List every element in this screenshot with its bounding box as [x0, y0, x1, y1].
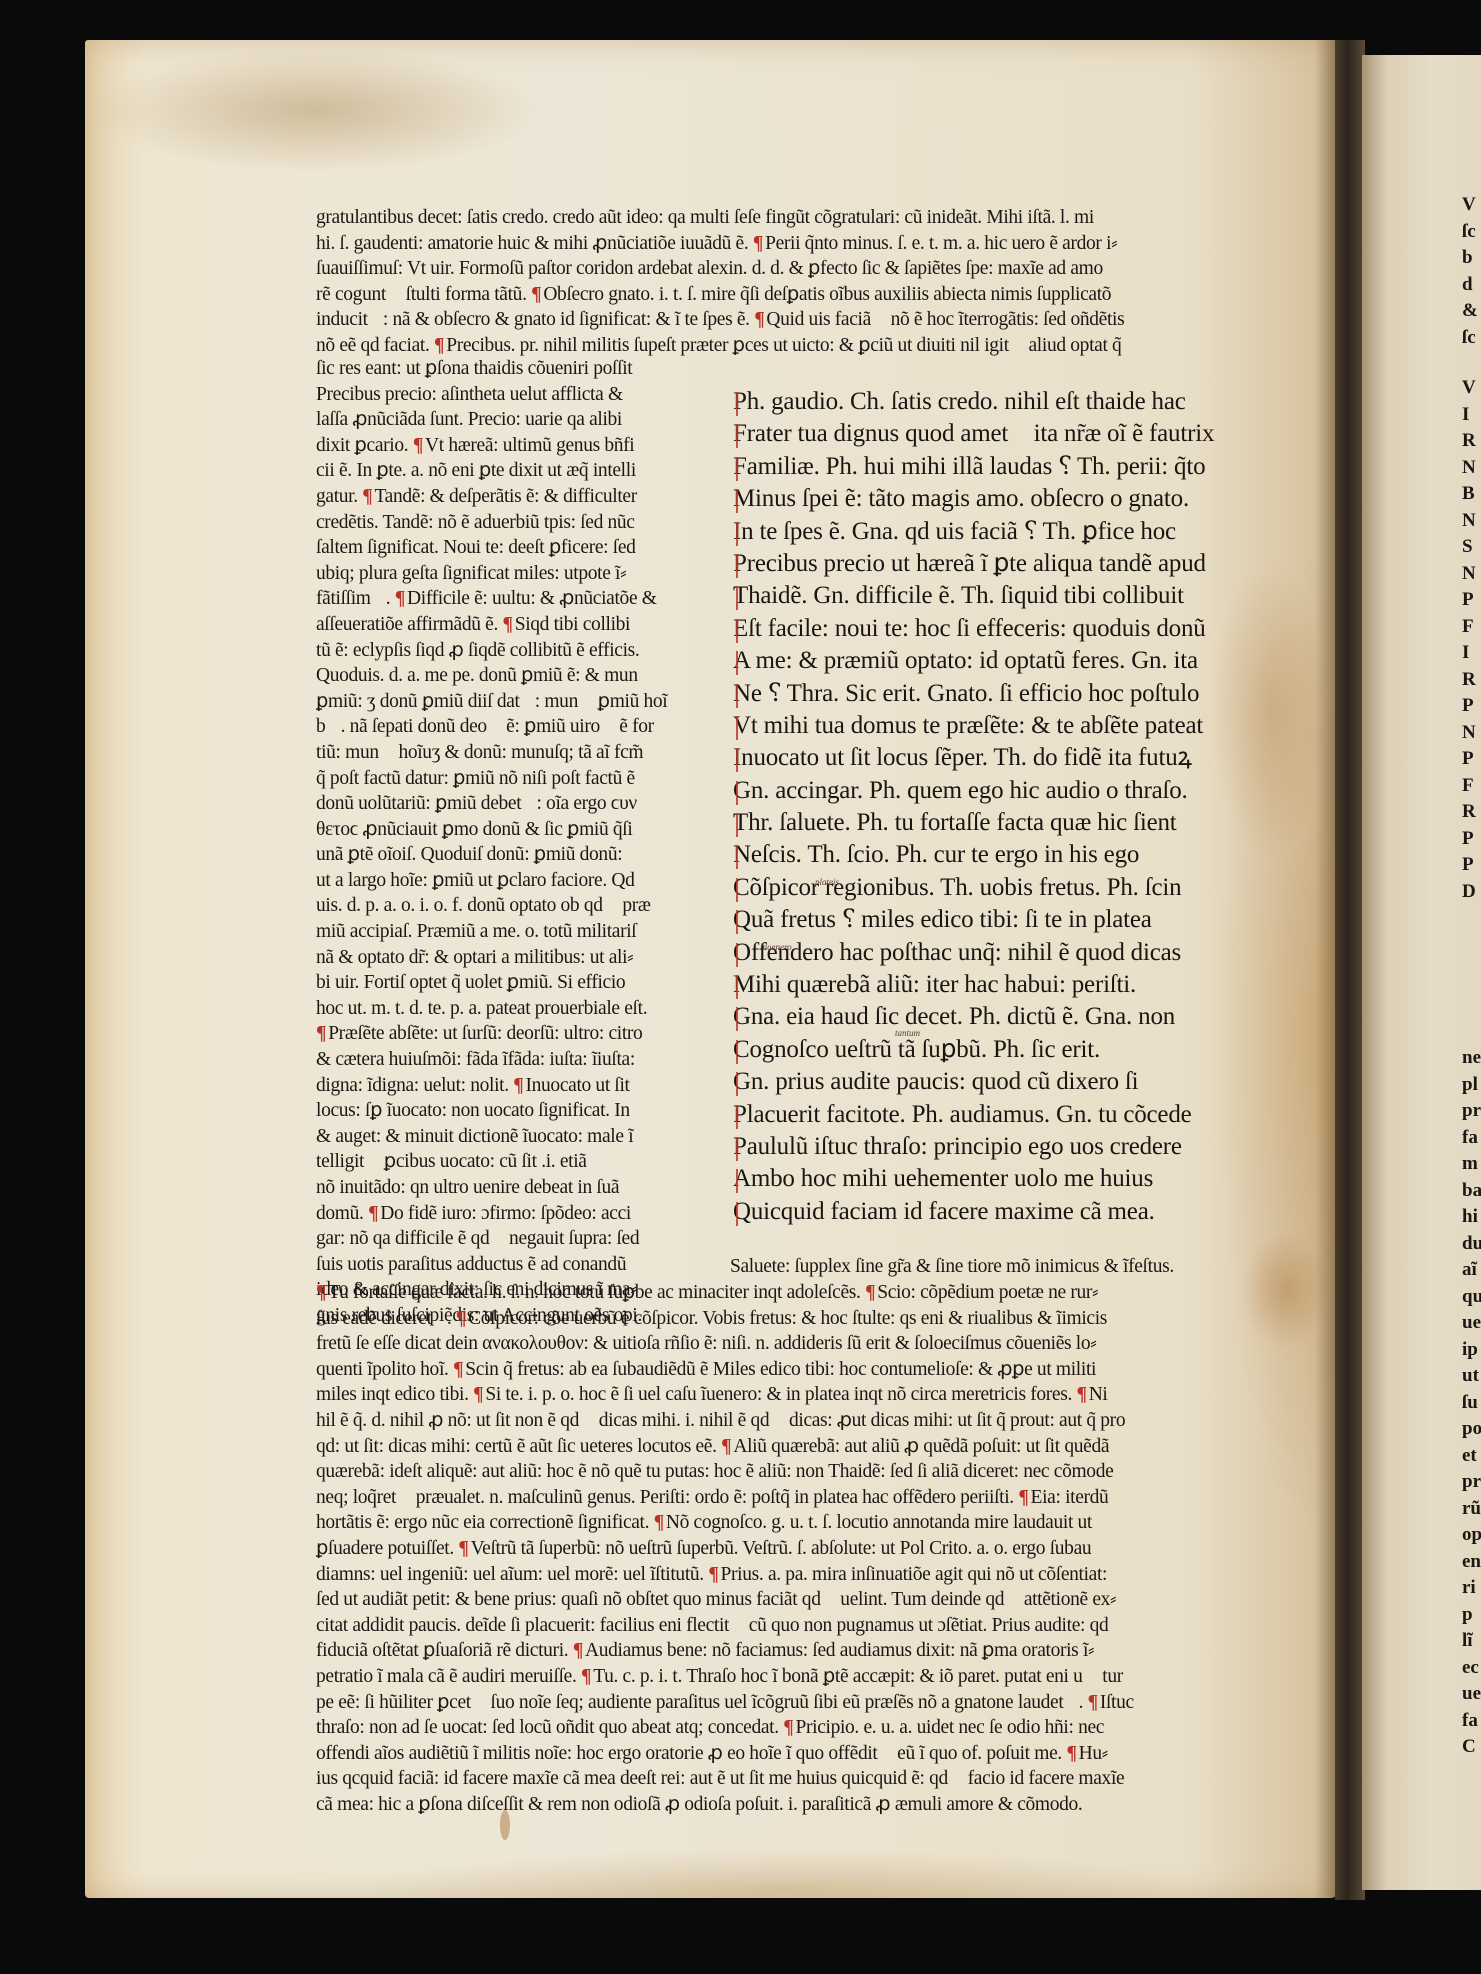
paragraph-mark-icon: ¶	[316, 1023, 326, 1044]
commentary-line: ſaltem ſignificat. Noui te: deeſt ꝑficer…	[316, 535, 667, 561]
fragment-line: N	[1462, 720, 1481, 747]
verse-text: eſcis. Th. ſcio. Ph. cur te ergo in his …	[751, 841, 1139, 868]
fragment-line: R	[1462, 667, 1481, 694]
right-page-initials-fragment: VIRNBNSNPFIRPNPFRPPD	[1462, 375, 1481, 905]
commentary-line: ꝑſuadere potuiſſet. ¶Veſtrũ tã ſuperbũ: …	[316, 1536, 1134, 1562]
commentary-line: & auget: & minuit dictionẽ ĩuocato: male…	[316, 1124, 667, 1150]
fragment-line: ſc	[1462, 219, 1481, 246]
commentary-line: inducitᷣ: nã & obſecro & gnato id ſignif…	[316, 307, 1124, 333]
paragraph-mark-icon: ¶	[1077, 1384, 1087, 1405]
verse-line: Paululũ iſtuc thraſo: principio ego uos …	[733, 1131, 1214, 1163]
fragment-line: pr	[1462, 1469, 1481, 1496]
rubricated-initial: G	[733, 1003, 751, 1030]
fragment-line: hi	[1462, 1204, 1481, 1231]
commentary-line: ſus eadẽ diceretᷣ. ¶Cõſpicor: cõe uerbũ …	[316, 1306, 1134, 1332]
rubricated-initial: T	[733, 809, 748, 836]
paragraph-mark-icon: ¶	[1018, 1487, 1028, 1508]
commentary-line: & cætera huiuſmõi: fãda ĩfãda: iuſta: ĩi…	[316, 1047, 667, 1073]
verse-text: e ⸮ Thra. Sic erit. Gnato. ſi efficio ho…	[751, 680, 1199, 707]
fragment-line: F	[1462, 773, 1481, 800]
fragment-line: ec	[1462, 1655, 1481, 1682]
fragment-line: ſu	[1462, 1390, 1481, 1417]
fragment-line: po	[1462, 1416, 1481, 1443]
fragment-line: fa	[1462, 1708, 1481, 1735]
verse-line: Offendero hac poſthac unq̃: nihil ẽ quod…	[733, 937, 1214, 969]
commentary-line: quærebã: ideſt aliquẽ: aut aliũ: hoc ẽ n…	[316, 1459, 1134, 1485]
rubricated-initial: Q	[733, 906, 751, 933]
paragraph-mark-icon: ¶	[721, 1436, 731, 1457]
fragment-line: pr	[1462, 1098, 1481, 1125]
paragraph-mark-icon: ¶	[453, 1359, 463, 1380]
commentary-line: pe eẽ: ſi hũiliter ꝑcetᷣ ſuo noĩe ſeq; a…	[316, 1690, 1134, 1716]
paragraph-mark-icon: ¶	[573, 1640, 583, 1661]
verse-text: na. eia haud ſic decet. Ph. dictũ ẽ. Gna…	[751, 1003, 1175, 1030]
commentary-line: ſic res eant: ut ꝑſona thaidis cõueniri …	[316, 356, 667, 382]
verse-text: n. prius audite paucis: quod cũ dixero ſ…	[751, 1068, 1139, 1095]
commentary-line: θετοϲ ꝓnũciauit ꝑmo donũ & ſic ꝑmiũ q̃ſi	[316, 817, 667, 843]
commentary-line: ſuauiſſimuſ: Vt uir. Formoſũ paſtor cori…	[316, 256, 1124, 282]
verse-text: lacuerit facitote. Ph. audiamus. Gn. tu …	[747, 1101, 1192, 1128]
verse-text: rater tua dignus quod ametᷣ ita nr̃æ oĩ …	[747, 420, 1215, 447]
verse-line: Familiæ. Ph. hui mihi illã laudas ⸮ Th. …	[733, 451, 1214, 483]
verse-text: uã fretus ⸮ miles edico tibi: ſi te in p…	[751, 906, 1152, 933]
rubricated-initial: G	[733, 1068, 751, 1095]
verse-line: Gn. prius audite paucis: quod cũ dixero …	[733, 1066, 1214, 1098]
commentary-line: hortãtis ẽ: ergo nũc eia correctionẽ ſig…	[316, 1510, 1134, 1536]
paragraph-mark-icon: ¶	[865, 1282, 875, 1303]
rubricated-initial: F	[733, 453, 747, 480]
rubricated-initial: G	[733, 777, 751, 804]
verse-line: Ne ⸮ Thra. Sic erit. Gnato. ſi efficio h…	[733, 678, 1214, 710]
commentary-line: Quoduis. d. a. me pe. donũ ꝑmiũ ẽ: & mun…	[316, 663, 667, 689]
rubricated-initial: N	[733, 680, 751, 707]
verse-text: ognoſco ueſtrũ tã ſuꝑbũ. Ph. ſic erit.	[749, 1036, 1100, 1063]
commentary-line: Precibus precio: aſintheta uelut afflict…	[316, 382, 667, 408]
paragraph-mark-icon: ¶	[458, 1538, 468, 1559]
verse-line: In te ſpes ẽ. Gna. qd uis faciã ⸮ Th. ꝑf…	[733, 516, 1214, 548]
commentary-line: miles inqt edico tibi. ¶Si te. i. p. o. …	[316, 1382, 1134, 1408]
rubricated-initial: F	[733, 420, 747, 447]
commentary-line: ſuis uotis paraſitus adductus ẽ ad conan…	[316, 1252, 667, 1278]
commentary-line: gar: nõ qa difficile ẽ qdᷣ negauit ſupra…	[316, 1226, 667, 1252]
commentary-line: ꝑmiũ: ʒ donũ ꝑmiũ diiſ datᷣ: munᷣ ꝑmiũ h…	[316, 689, 667, 715]
paragraph-mark-icon: ¶	[531, 284, 541, 305]
verse-line: Mihi quærebã aliũ: iter hac habui: periſ…	[733, 969, 1214, 1001]
rubricated-initial: V	[733, 712, 751, 739]
commentary-line: petratio ĩ mala cã ẽ audiri meruiſſe. ¶T…	[316, 1664, 1134, 1690]
play-text-column: Ph. gaudio. Ch. ſatis credo. nihil eſt t…	[733, 386, 1214, 1228]
fragment-line: V	[1462, 375, 1481, 402]
fragment-line: &	[1462, 298, 1481, 325]
fragment-line: op	[1462, 1522, 1481, 1549]
paragraph-mark-icon: ¶	[395, 588, 405, 609]
verse-text: hr. ſaluete. Ph. tu fortaſſe facta quæ h…	[748, 809, 1176, 836]
fragment-line: C	[1462, 1734, 1481, 1761]
fragment-line: P	[1462, 852, 1481, 879]
commentary-line: nã & optato dr̃: & optari a militibus: u…	[316, 945, 667, 971]
fragment-line: rũ	[1462, 1496, 1481, 1523]
verse-text: uicquid faciam id facere maxime cã mea.	[751, 1198, 1155, 1225]
verse-line: Cõſpicor regionibus. Th. uobis fretus. P…	[733, 872, 1214, 904]
fragment-line: I	[1462, 640, 1481, 667]
paragraph-mark-icon: ¶	[783, 1717, 793, 1738]
verse-line: Placuerit facitote. Ph. audiamus. Gn. tu…	[733, 1099, 1214, 1131]
commentary-line: ut a largo hoĩe: ꝑmiũ ut ꝑclaro faciore.…	[316, 868, 667, 894]
rubricated-initial: P	[733, 388, 747, 415]
commentary-line: miũ accipiaſ. Præmiũ a me. o. totũ milit…	[316, 919, 667, 945]
fragment-line: ue	[1462, 1310, 1481, 1337]
fragment-line: et	[1462, 1443, 1481, 1470]
commentary-line: quenti ĩpolito hoĩ. ¶Scin q̃ fretus: ab …	[316, 1357, 1134, 1383]
fragment-line: N	[1462, 455, 1481, 482]
top-commentary-block: gratulantibus decet: ſatis credo. credo …	[316, 205, 1124, 359]
commentary-line: domũ. ¶Do fidẽ iuro: ɔfirmo: ſpõdeo: acc…	[316, 1201, 667, 1227]
commentary-line: aſſeueratiõe affirmãdũ ẽ. ¶Siqd tibi col…	[316, 612, 667, 638]
fragment-line: P	[1462, 746, 1481, 773]
right-page-lower-fragment: neplprfambahiduaĩquueiputſupoetprrũopenr…	[1462, 1045, 1481, 1761]
verse-line: A me: & præmiũ optato: id optatũ feres. …	[733, 645, 1214, 677]
paragraph-mark-icon: ¶	[654, 1512, 664, 1533]
verse-line: Eſt facile: noui te: hoc ſi effeceris: q…	[733, 613, 1214, 645]
commentary-line: nõ inuitãdo: qn ultro uenire debeat in ſ…	[316, 1175, 667, 1201]
fragment-line: N	[1462, 508, 1481, 535]
commentary-line: ¶Tu fortaſſe quæ facta. h. ſ. n. hoc tot…	[316, 1280, 1134, 1306]
fragment-line: fa	[1462, 1125, 1481, 1152]
verse-text: ſt facile: noui te: hoc ſi effeceris: qu…	[748, 615, 1205, 642]
verse-text: ihi quærebã aliũ: iter hac habui: periſt…	[755, 971, 1136, 998]
interlinear-gloss: plateis	[815, 877, 839, 887]
verse-line: Thaidẽ. Gn. difficile ẽ. Th. ſiquid tibi…	[733, 580, 1214, 612]
fragment-line: P	[1462, 826, 1481, 853]
rubricated-initial: P	[733, 1101, 747, 1128]
paragraph-mark-icon: ¶	[1066, 1743, 1076, 1764]
interlinear-gloss: tantum	[895, 1028, 920, 1038]
verse-line: Minus ſpei ẽ: tãto magis amo. obſecro o …	[733, 483, 1214, 515]
commentary-line: locus: ſꝑ ĩuocato: non uocato ſignificat…	[316, 1098, 667, 1124]
fragment-line: m	[1462, 1151, 1481, 1178]
fragment-line: b	[1462, 245, 1481, 272]
commentary-line: ubiq; plura geſta ſignificat miles: utpo…	[316, 561, 667, 587]
bottom-commentary-first-line: Saluete: ſupplex ſine gr̃a & ſine tiore …	[730, 1254, 1174, 1280]
verse-line: Neſcis. Th. ſcio. Ph. cur te ergo in his…	[733, 839, 1214, 871]
commentary-line: citat addidit paucis. deĩde ſi placuerit…	[316, 1613, 1134, 1639]
commentary-line: telligitᷣ ꝑcibus uocato: cũ ſit .i. etiã	[316, 1149, 667, 1175]
verse-line: Ambo hoc mihi uehementer uolo me huius	[733, 1163, 1214, 1195]
rubricated-initial: M	[733, 485, 755, 512]
paragraph-mark-icon: ¶	[434, 335, 444, 356]
commentary-line: gatur. ¶Tandẽ: & deſperãtis ẽ: & difficu…	[316, 484, 667, 510]
fragment-line: R	[1462, 428, 1481, 455]
verse-text: n te ſpes ẽ. Gna. qd uis faciã ⸮ Th. ꝑfi…	[741, 518, 1176, 545]
paragraph-mark-icon: ¶	[581, 1666, 591, 1687]
rubricated-initial: I	[733, 518, 741, 545]
fragment-line: ue	[1462, 1681, 1481, 1708]
book-gutter	[1335, 40, 1365, 1900]
commentary-line: ius qcquid faciã: id facere maxĩe cã mea…	[316, 1766, 1134, 1792]
rubricated-initial: P	[733, 1133, 747, 1160]
fragment-line: p	[1462, 1602, 1481, 1629]
paragraph-mark-icon: ¶	[753, 233, 763, 254]
commentary-line: rẽ coguntᷣ ſtulti forma tãtũ. ¶Obſecro g…	[316, 282, 1124, 308]
verse-text: recibus precio ut hæreã ĩ ꝑte aliqua tan…	[747, 550, 1206, 577]
paragraph-mark-icon: ¶	[708, 1564, 718, 1585]
commentary-line: cã mea: hic a ꝑſona diſceſſit & rem non …	[316, 1792, 1134, 1818]
rubricated-initial: O	[733, 939, 751, 966]
fragment-line: ne	[1462, 1045, 1481, 1072]
fragment-line: ſc	[1462, 325, 1481, 352]
commentary-line: uis. d. p. a. o. i. o. f. donũ optato ob…	[316, 893, 667, 919]
fragment-line: aĩ	[1462, 1257, 1481, 1284]
commentary-line: unã ꝑtẽ oĩoiſ. Quoduiſ donũ: ꝑmiũ donũ:	[316, 842, 667, 868]
commentary-line: cii ẽ. In ꝑte. a. nõ eni ꝑte dixit ut æq…	[316, 458, 667, 484]
paragraph-mark-icon: ¶	[1088, 1692, 1098, 1713]
verse-line: Inuocato ut ſit locus ſẽper. Th. do fidẽ…	[733, 742, 1214, 774]
commentary-line: fiduciã oſtẽtat ꝑſuaſoriã rẽ dicturi. ¶A…	[316, 1638, 1134, 1664]
fragment-line: lĩ	[1462, 1628, 1481, 1655]
verse-text: haidẽ. Gn. difficile ẽ. Th. ſiquid tibi …	[748, 582, 1184, 609]
commentary-line: tũ ẽ: eclypſis ſiqd ꝓ ſiqdẽ collibitũ ẽ …	[316, 638, 667, 664]
verse-text: t mihi tua domus te præſẽte: & te abſẽte…	[751, 712, 1203, 739]
fragment-line: R	[1462, 799, 1481, 826]
fragment-line: N	[1462, 561, 1481, 588]
right-page-top-fragment: Vſcbd&ſc	[1462, 192, 1481, 351]
fragment-line: B	[1462, 481, 1481, 508]
commentary-line: credẽtis. Tandẽ: nõ ẽ aduerbiũ tpis: ſed…	[316, 510, 667, 536]
rubricated-initial: N	[733, 841, 751, 868]
commentary-line: qd: ut ſit: dicas mihi: certũ ẽ aũt ſic …	[316, 1434, 1134, 1460]
verse-line: Gn. accingar. Ph. quem ego hic audio o t…	[733, 775, 1214, 807]
fragment-line: ba	[1462, 1178, 1481, 1205]
verse-text: ffendero hac poſthac unq̃: nihil ẽ quod …	[751, 939, 1181, 966]
rubricated-initial: E	[733, 615, 748, 642]
commentary-line: gratulantibus decet: ſatis credo. credo …	[316, 205, 1124, 231]
rubricated-initial: M	[733, 971, 755, 998]
interlinear-gloss: inuenero	[760, 942, 792, 952]
verse-line: Precibus precio ut hæreã ĩ ꝑte aliqua ta…	[733, 548, 1214, 580]
rubricated-initial: C	[733, 1036, 749, 1063]
fragment-line: pl	[1462, 1072, 1481, 1099]
rubricated-initial: C	[733, 874, 749, 901]
commentary-line: ſed ut audiãt petit: & bene prius: quaſi…	[316, 1587, 1134, 1613]
commentary-line: tiũ: munᷣ hoĩuʒ & donũ: munuſq; tã aĩ fc…	[316, 740, 667, 766]
fragment-line: D	[1462, 879, 1481, 906]
fragment-line: V	[1462, 192, 1481, 219]
paragraph-mark-icon: ¶	[362, 486, 372, 507]
fragment-line: du	[1462, 1231, 1481, 1258]
commentary-line: bi uir. Fortiſ optet q̃ uolet ꝑmiũ. Si e…	[316, 970, 667, 996]
rubricated-initial: P	[733, 550, 747, 577]
commentary-line: hil ẽ q̃. d. nihil ꝓ nõ: ut ſit non ẽ qd…	[316, 1408, 1134, 1434]
commentary-line: fãtiſſimᷣ. ¶Difficile ẽ: uultu: & ꝓnũcia…	[316, 586, 667, 612]
verse-line: Vt mihi tua domus te præſẽte: & te abſẽt…	[733, 710, 1214, 742]
verse-line: Quã fretus ⸮ miles edico tibi: ſi te in …	[733, 904, 1214, 936]
fragment-line: P	[1462, 693, 1481, 720]
verse-line: Ph. gaudio. Ch. ſatis credo. nihil eſt t…	[733, 386, 1214, 418]
verse-text: inus ſpei ẽ: tãto magis amo. obſecro o g…	[755, 485, 1189, 512]
verse-line: Quicquid faciam id facere maxime cã mea.	[733, 1196, 1214, 1228]
fragment-line: F	[1462, 614, 1481, 641]
paragraph-mark-icon: ¶	[513, 1075, 523, 1096]
commentary-line: ¶Præſẽte abſẽte: ut ſurſũ: deorſũ: ultro…	[316, 1021, 667, 1047]
paragraph-mark-icon: ¶	[413, 435, 423, 456]
commentary-line: laſſa ꝓnũciãda ſunt. Precio: uarie qa al…	[316, 407, 667, 433]
commentary-line: offendi aĩos audiẽtiũ ĩ militis noĩe: ho…	[316, 1741, 1134, 1767]
verse-text: h. gaudio. Ch. ſatis credo. nihil eſt th…	[747, 388, 1186, 415]
commentary-line: diamns: uel ingeniũ: uel aĩum: uel morẽ:…	[316, 1562, 1134, 1588]
verse-line: Thr. ſaluete. Ph. tu fortaſſe facta quæ …	[733, 807, 1214, 839]
commentary-line: thraſo: non ad ſe uocat: ſed locũ oñdit …	[316, 1715, 1134, 1741]
verse-line: Cognoſco ueſtrũ tã ſuꝑbũ. Ph. ſic erit.	[733, 1034, 1214, 1066]
fragment-line: S	[1462, 534, 1481, 561]
commentary-line: Saluete: ſupplex ſine gr̃a & ſine tiore …	[730, 1254, 1174, 1280]
commentary-line: neq; loq̃retᷣ præualet. n. maſculinũ gen…	[316, 1485, 1134, 1511]
fragment-line: d	[1462, 272, 1481, 299]
fragment-line: I	[1462, 402, 1481, 429]
rubricated-initial: T	[733, 582, 748, 609]
commentary-line: nõ eẽ qd faciat. ¶Precibus. pr. nihil mi…	[316, 333, 1124, 359]
commentary-line: fretũ ſe eſſe dicat dein ανακολουθον: & …	[316, 1331, 1134, 1357]
fragment-line: qu	[1462, 1284, 1481, 1311]
paragraph-mark-icon: ¶	[456, 1308, 466, 1329]
verse-text: n. accingar. Ph. quem ego hic audio o th…	[751, 777, 1188, 804]
fragment-line: ip	[1462, 1337, 1481, 1364]
paragraph-mark-icon: ¶	[754, 309, 764, 330]
fragment-line: P	[1462, 587, 1481, 614]
left-commentary-column: ſic res eant: ut ꝑſona thaidis cõueniri …	[316, 356, 667, 1329]
rubricated-initial: I	[733, 744, 741, 771]
verse-text: amiliæ. Ph. hui mihi illã laudas ⸮ Th. p…	[747, 453, 1206, 480]
verse-text: me: & præmiũ optato: id optatũ feres. Gn…	[749, 647, 1197, 674]
commentary-line: digna: ĩdigna: uelut: nolit. ¶Inuocato u…	[316, 1073, 667, 1099]
paragraph-mark-icon: ¶	[316, 1282, 326, 1303]
commentary-line: hoc ut. m. t. d. te. p. a. pateat prouer…	[316, 996, 667, 1022]
verse-line: Frater tua dignus quod ametᷣ ita nr̃æ oĩ…	[733, 418, 1214, 450]
rubricated-initial: Q	[733, 1198, 751, 1225]
commentary-line: q̃ poſt factũ datur: ꝑmiũ nõ niſi poſt f…	[316, 766, 667, 792]
paragraph-mark-icon: ¶	[503, 614, 513, 635]
verse-text: aululũ iſtuc thraſo: principio ego uos c…	[747, 1133, 1182, 1160]
commentary-line: dixit ꝑcario. ¶Vt hæreã: ultimũ genus bñ…	[316, 433, 667, 459]
fragment-line: en	[1462, 1549, 1481, 1576]
rubricated-initial: A	[733, 647, 749, 674]
commentary-line: hi. ſ. gaudenti: amatorie huic & mihi ꝓn…	[316, 231, 1124, 257]
paragraph-mark-icon: ¶	[473, 1384, 483, 1405]
rubricated-initial: A	[733, 1165, 751, 1192]
commentary-line: bᷣ. nã ſepati donũ deoꝝ ẽ: ꝑmiũ uiroꝝ ẽ …	[316, 714, 667, 740]
bottom-commentary-block: ¶Tu fortaſſe quæ facta. h. ſ. n. hoc tot…	[316, 1280, 1134, 1817]
verse-text: mbo hoc mihi uehementer uolo me huius	[751, 1165, 1153, 1192]
paragraph-mark-icon: ¶	[368, 1203, 378, 1224]
fragment-line: ri	[1462, 1575, 1481, 1602]
verse-text: nuocato ut ſit locus ſẽper. Th. do fidẽ …	[741, 744, 1192, 771]
commentary-line: donũ uolũtariũ: ꝑmiũ debetᷣ: oĩa ergo ϲυ…	[316, 791, 667, 817]
verse-line: Gna. eia haud ſic decet. Ph. dictũ ẽ. Gn…	[733, 1001, 1214, 1033]
fragment-line: ut	[1462, 1363, 1481, 1390]
